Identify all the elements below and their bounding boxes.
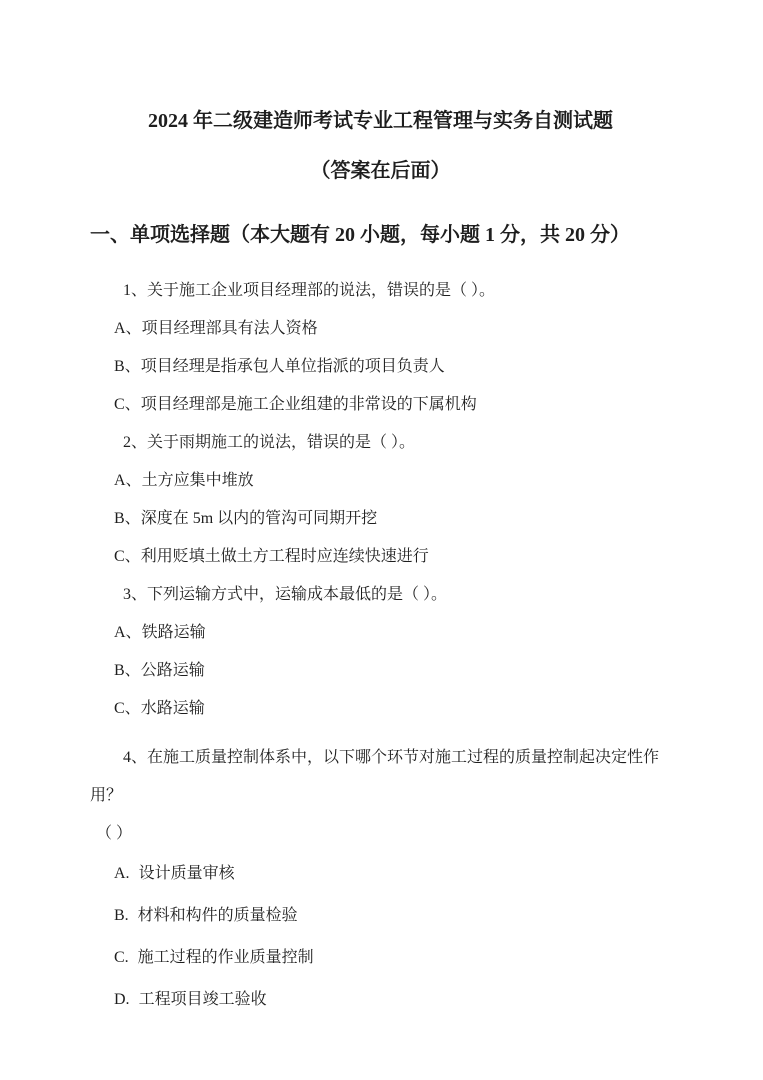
option-label: C、 — [114, 700, 141, 717]
option-text: 施工过程的作业质量控制 — [138, 949, 314, 966]
option-label: A、 — [114, 472, 142, 489]
question-2-stem: 2、关于雨期施工的说法，错误的是（ ）。 — [90, 424, 671, 462]
question-2-option-c: C、利用贬填土做土方工程时应连续快速进行 — [90, 538, 671, 576]
question-4-option-b: B.材料和构件的质量检验 — [90, 895, 671, 937]
question-3-option-a: A、铁路运输 — [90, 614, 671, 652]
question-3-number: 3、 — [123, 586, 147, 603]
question-2-text: 关于雨期施工的说法，错误的是（ ）。 — [147, 434, 415, 451]
question-1-stem: 1、关于施工企业项目经理部的说法，错误的是（ ）。 — [90, 272, 671, 310]
question-3-text: 下列运输方式中，运输成本最低的是（ ）。 — [147, 586, 447, 603]
question-1-number: 1、 — [123, 282, 147, 299]
question-2-number: 2、 — [123, 434, 147, 451]
option-label: C. — [114, 949, 129, 966]
doc-subtitle: （答案在后面） — [90, 156, 671, 186]
option-label: A. — [114, 865, 130, 882]
option-label: A、 — [114, 624, 142, 641]
option-text: 设计质量审核 — [139, 865, 235, 882]
question-4-answer-blank: （ ） — [90, 815, 671, 853]
question-3: 3、下列运输方式中，运输成本最低的是（ ）。 A、铁路运输 B、公路运输 C、水… — [90, 576, 671, 728]
question-4: 4、在施工质量控制体系中，以下哪个环节对施工过程的质量控制起决定性作用？ （ ）… — [90, 739, 671, 1021]
doc-title: 2024 年二级建造师考试专业工程管理与实务自测试题 — [90, 0, 671, 136]
question-4-stem: 4、在施工质量控制体系中，以下哪个环节对施工过程的质量控制起决定性作用？ — [90, 739, 671, 815]
question-3-option-b: B、公路运输 — [90, 652, 671, 690]
option-text: 水路运输 — [141, 700, 205, 717]
question-4-option-c: C.施工过程的作业质量控制 — [90, 937, 671, 979]
section-heading: 一、单项选择题（本大题有 20 小题，每小题 1 分，共 20 分） — [90, 219, 671, 251]
document-page: 2024 年二级建造师考试专业工程管理与实务自测试题 （答案在后面） 一、单项选… — [0, 0, 763, 1080]
option-label: B、 — [114, 358, 141, 375]
option-text: 土方应集中堆放 — [142, 472, 254, 489]
question-4-number: 4、 — [123, 749, 147, 766]
option-text: 项目经理部是施工企业组建的非常设的下属机构 — [141, 396, 477, 413]
option-label: A、 — [114, 320, 142, 337]
question-1-text: 关于施工企业项目经理部的说法，错误的是（ ）。 — [147, 282, 495, 299]
option-text: 铁路运输 — [142, 624, 206, 641]
option-label: B. — [114, 907, 129, 924]
option-text: 材料和构件的质量检验 — [138, 907, 298, 924]
option-text: 利用贬填土做土方工程时应连续快速进行 — [141, 548, 429, 565]
question-2: 2、关于雨期施工的说法，错误的是（ ）。 A、土方应集中堆放 B、深度在 5m … — [90, 424, 671, 576]
question-3-option-c: C、水路运输 — [90, 690, 671, 728]
question-1-option-c: C、项目经理部是施工企业组建的非常设的下属机构 — [90, 386, 671, 424]
option-text: 项目经理部具有法人资格 — [142, 320, 318, 337]
option-label: D. — [114, 991, 130, 1008]
question-3-stem: 3、下列运输方式中，运输成本最低的是（ ）。 — [90, 576, 671, 614]
question-4-option-a: A.设计质量审核 — [90, 853, 671, 895]
option-label: C、 — [114, 396, 141, 413]
option-text: 深度在 5m 以内的管沟可同期开挖 — [141, 510, 377, 527]
question-list: 1、关于施工企业项目经理部的说法，错误的是（ ）。 A、项目经理部具有法人资格 … — [90, 272, 671, 1021]
question-1-option-a: A、项目经理部具有法人资格 — [90, 310, 671, 348]
option-label: B、 — [114, 662, 141, 679]
question-4-text: 在施工质量控制体系中，以下哪个环节对施工过程的质量控制起决定性作用？ — [90, 749, 659, 804]
option-label: C、 — [114, 548, 141, 565]
question-2-option-a: A、土方应集中堆放 — [90, 462, 671, 500]
option-label: B、 — [114, 510, 141, 527]
question-1: 1、关于施工企业项目经理部的说法，错误的是（ ）。 A、项目经理部具有法人资格 … — [90, 272, 671, 424]
option-text: 项目经理是指承包人单位指派的项目负责人 — [141, 358, 445, 375]
question-1-option-b: B、项目经理是指承包人单位指派的项目负责人 — [90, 348, 671, 386]
option-text: 公路运输 — [141, 662, 205, 679]
question-4-option-d: D.工程项目竣工验收 — [90, 979, 671, 1021]
question-2-option-b: B、深度在 5m 以内的管沟可同期开挖 — [90, 500, 671, 538]
document-content: 2024 年二级建造师考试专业工程管理与实务自测试题 （答案在后面） 一、单项选… — [90, 0, 671, 1021]
option-text: 工程项目竣工验收 — [139, 991, 267, 1008]
